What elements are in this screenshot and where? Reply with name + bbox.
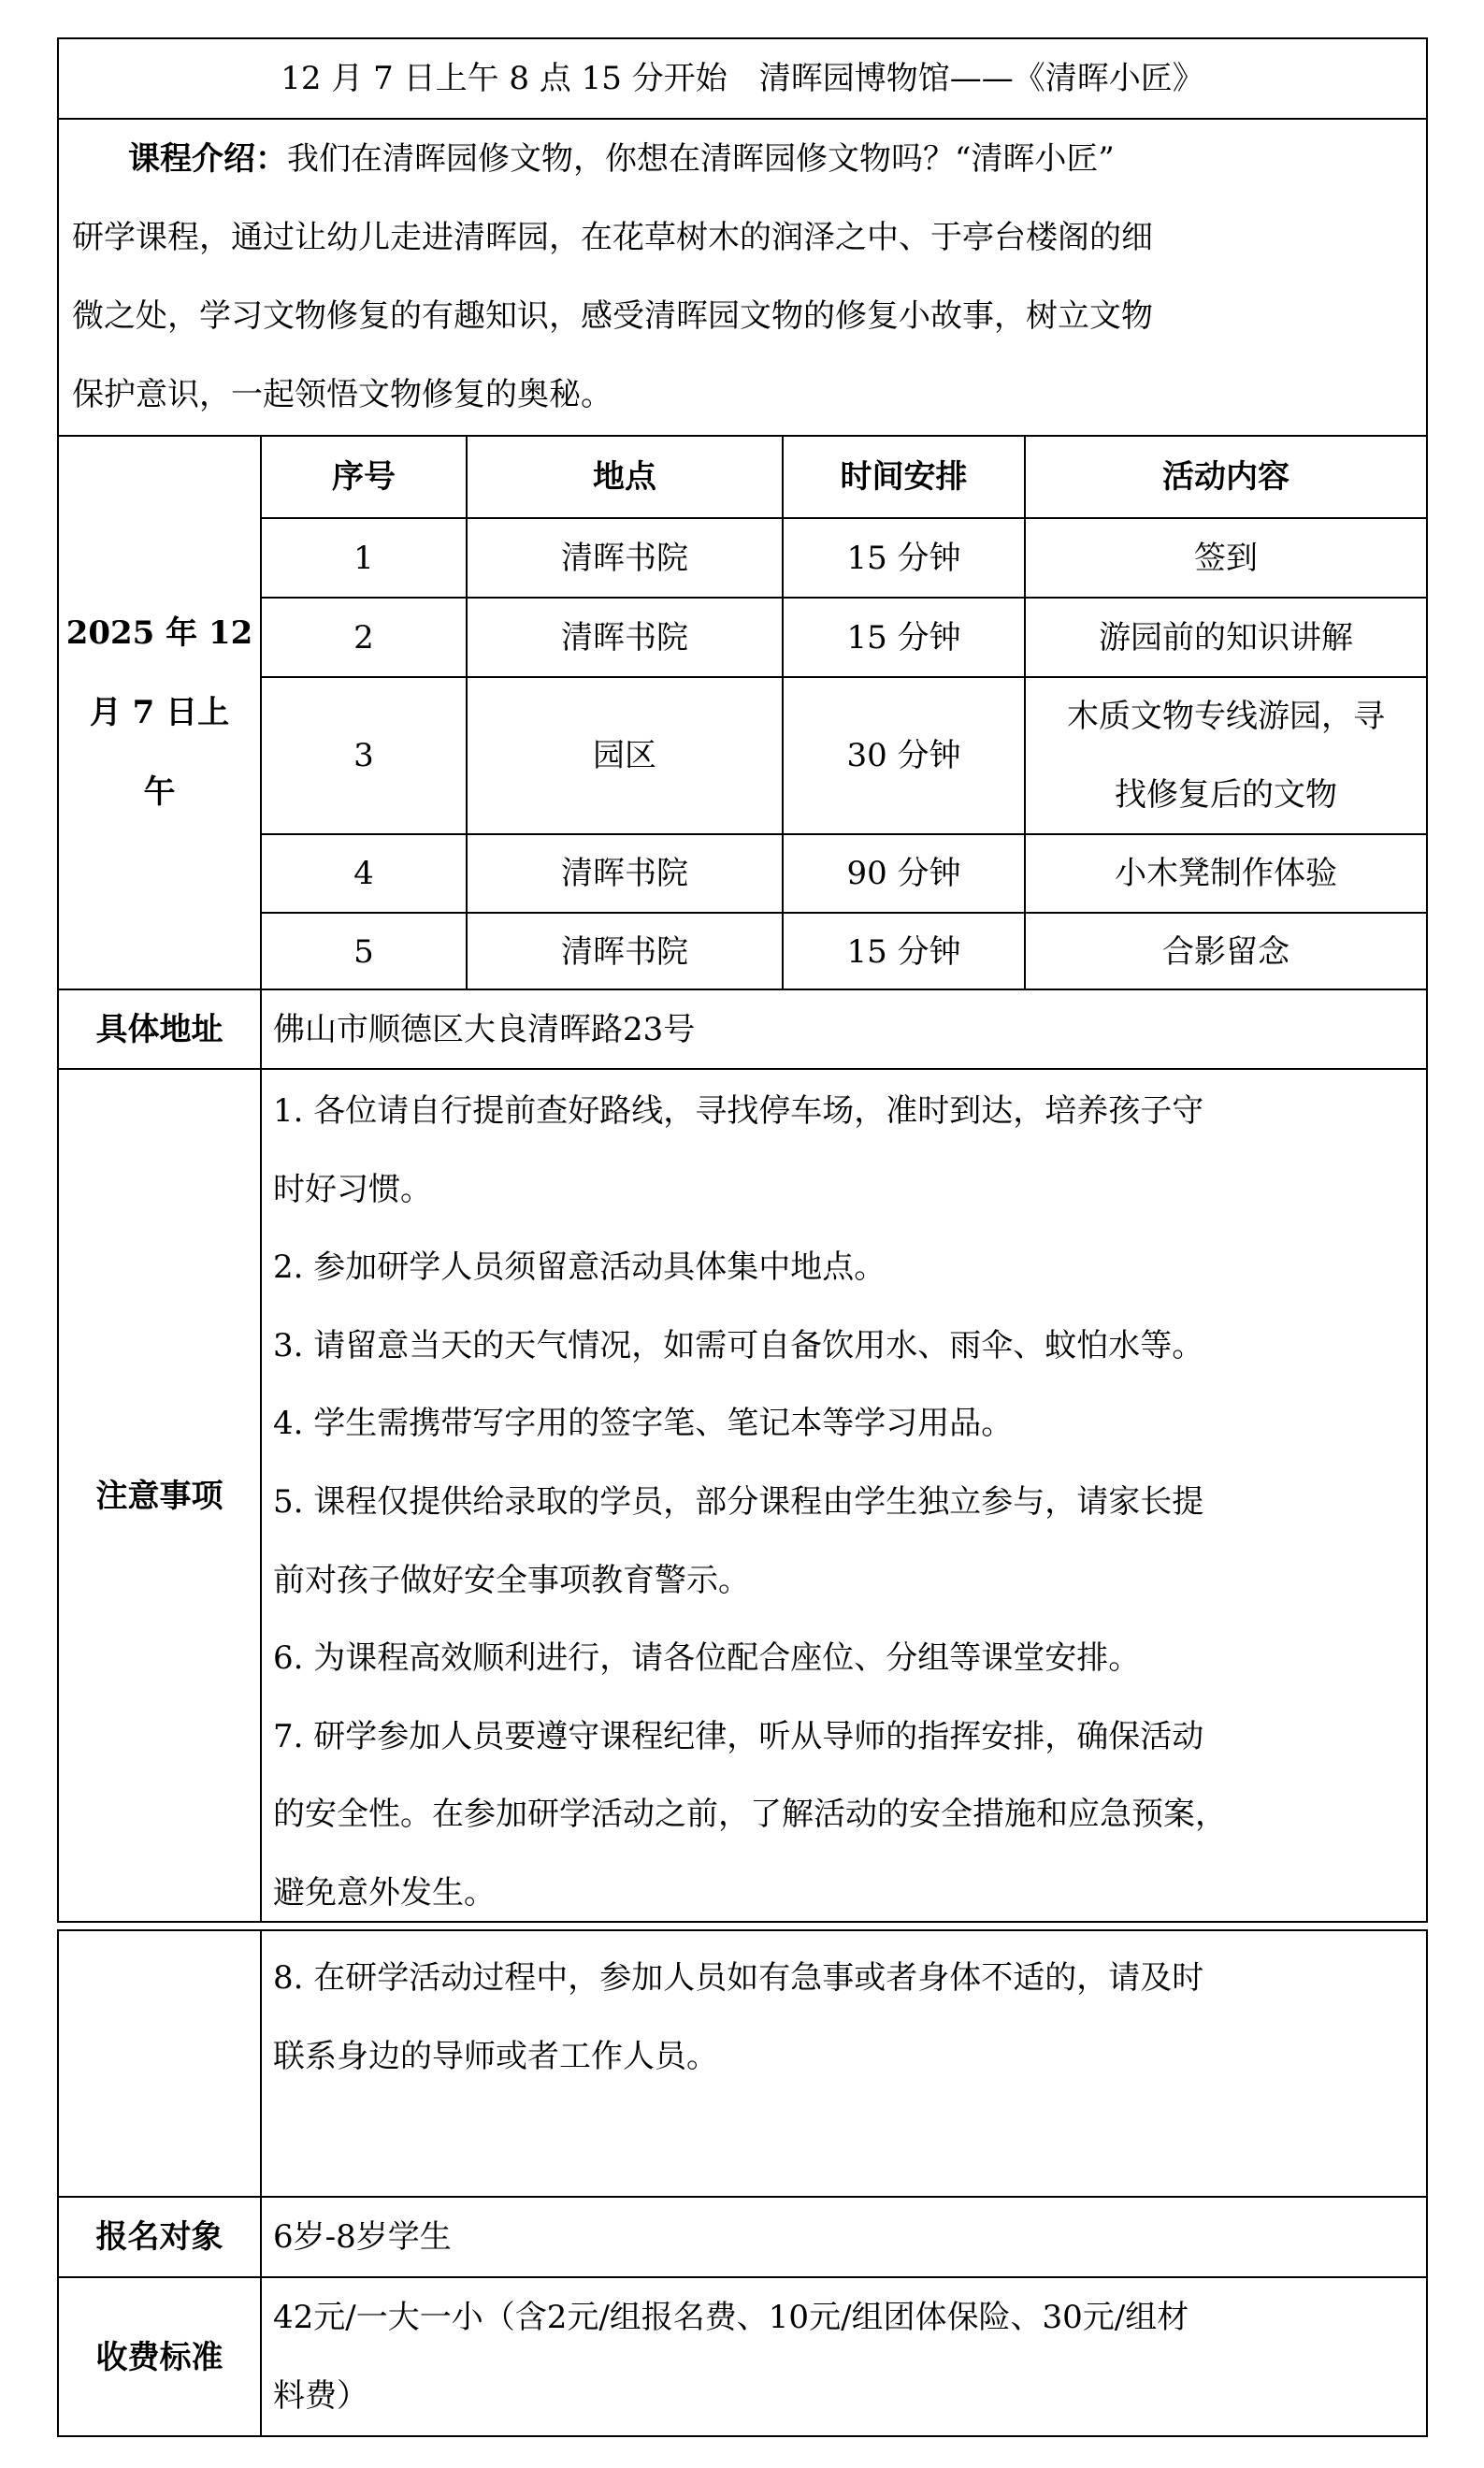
- row-no: 4: [262, 835, 466, 912]
- intro-row: 课程介绍：我们在清晖园修文物，你想在清晖园修文物吗？“清晖小匠” 研学课程，通过…: [59, 118, 1426, 435]
- row-no: 5: [262, 914, 466, 990]
- fee-label: 收费标准: [59, 2278, 260, 2437]
- row-activity: 小木凳制作体验: [1024, 835, 1426, 912]
- intro-label: 课程介绍：: [128, 140, 287, 178]
- row-no: 2: [262, 599, 466, 676]
- target-label: 报名对象: [59, 2198, 260, 2276]
- intro-line-2: 研学课程，通过让幼儿走进清晖园，在花草树木的润泽之中、于亭台楼阁的细: [72, 198, 1413, 277]
- note-line: 联系身边的导师或者工作人员。: [273, 2017, 1415, 2096]
- schedule-date: 2025 年 12 月 7 日上 午: [59, 437, 260, 989]
- note-line: 1. 各位请自行提前查好路线，寻找停车场，准时到达，培养孩子守: [273, 1073, 1415, 1151]
- note-line: 7. 研学参加人员要遵守课程纪律，听从导师的指挥安排，确保活动: [273, 1698, 1415, 1777]
- header-no: 序号: [262, 437, 466, 517]
- schedule-block: 2025 年 12 月 7 日上 午 序号 地点 时间安排 活动内容 1 清晖书…: [59, 435, 1426, 989]
- row-time: 15 分钟: [782, 599, 1024, 676]
- target-row: 报名对象 6岁-8岁学生: [59, 2196, 1426, 2276]
- note-line: 5. 课程仅提供给录取的学员，部分课程由学生独立参与，请家长提: [273, 1464, 1415, 1542]
- row-time: 90 分钟: [782, 835, 1024, 912]
- row-place: 清晖书院: [466, 599, 782, 676]
- notes-label: 注意事项: [59, 1070, 260, 1923]
- note-line: 2. 参加研学人员须留意活动具体集中地点。: [273, 1229, 1415, 1307]
- notes-continued-label: [59, 1931, 260, 2196]
- row-place: 园区: [466, 678, 782, 833]
- row-time: 15 分钟: [782, 519, 1024, 597]
- row-activity: 木质文物专线游园，寻 找修复后的文物: [1024, 678, 1426, 833]
- row-time: 15 分钟: [782, 914, 1024, 990]
- fee-row: 收费标准 42元/一大一小（含2元/组报名费、10元/组团体保险、30元/组材 …: [59, 2276, 1426, 2437]
- page-title: 12 月 7 日上午 8 点 15 分开始 清晖园博物馆——《清晖小匠》: [59, 39, 1426, 118]
- address-value: 佛山市顺德区大良清晖路23号: [260, 990, 1426, 1068]
- schedule-row: 3 园区 30 分钟 木质文物专线游园，寻 找修复后的文物: [262, 676, 1426, 833]
- course-table: 12 月 7 日上午 8 点 15 分开始 清晖园博物馆——《清晖小匠》 课程介…: [57, 37, 1428, 1923]
- fee-value: 42元/一大一小（含2元/组报名费、10元/组团体保险、30元/组材 料费）: [260, 2278, 1426, 2437]
- header-place: 地点: [466, 437, 782, 517]
- intro-line-4: 保护意识，一起领悟文物修复的奥秘。: [72, 355, 1413, 434]
- schedule-row: 1 清晖书院 15 分钟 签到: [262, 517, 1426, 597]
- intro-line-3: 微之处，学习文物修复的有趣知识，感受清晖园文物的修复小故事，树立文物: [72, 277, 1413, 355]
- note-line: 前对孩子做好安全事项教育警示。: [273, 1542, 1415, 1621]
- row-place: 清晖书院: [466, 914, 782, 990]
- schedule-header-row: 序号 地点 时间安排 活动内容: [262, 437, 1426, 517]
- note-line: 4. 学生需携带写字用的签字笔、笔记本等学习用品。: [273, 1385, 1415, 1464]
- row-place: 清晖书院: [466, 835, 782, 912]
- address-label: 具体地址: [59, 990, 260, 1068]
- row-activity: 签到: [1024, 519, 1426, 597]
- note-line: 时好习惯。: [273, 1151, 1415, 1230]
- row-no: 1: [262, 519, 466, 597]
- note-line: 避免意外发生。: [273, 1855, 1415, 1933]
- notes-row: 注意事项 1. 各位请自行提前查好路线，寻找停车场，准时到达，培养孩子守 时好习…: [59, 1068, 1426, 1923]
- header-activity: 活动内容: [1024, 437, 1426, 517]
- target-value: 6岁-8岁学生: [260, 2198, 1426, 2276]
- notes-continued-row: 8. 在研学活动过程中，参加人员如有急事或者身体不适的，请及时 联系身边的导师或…: [59, 1931, 1426, 2196]
- row-no: 3: [262, 678, 466, 833]
- note-line: 的安全性。在参加研学活动之前，了解活动的安全措施和应急预案，: [273, 1776, 1415, 1855]
- schedule-row: 5 清晖书院 15 分钟 合影留念: [262, 912, 1426, 990]
- row-activity: 合影留念: [1024, 914, 1426, 990]
- row-activity: 游园前的知识讲解: [1024, 599, 1426, 676]
- row-time: 30 分钟: [782, 678, 1024, 833]
- intro-paragraph: 课程介绍：我们在清晖园修文物，你想在清晖园修文物吗？“清晖小匠” 研学课程，通过…: [72, 120, 1413, 434]
- intro-line-1: 课程介绍：我们在清晖园修文物，你想在清晖园修文物吗？“清晖小匠”: [72, 120, 1413, 198]
- note-line: 3. 请留意当天的天气情况，如需可自备饮用水、雨伞、蚊怕水等。: [273, 1307, 1415, 1386]
- note-line: 6. 为课程高效顺利进行，请各位配合座位、分组等课堂安排。: [273, 1620, 1415, 1698]
- schedule-row: 2 清晖书院 15 分钟 游园前的知识讲解: [262, 597, 1426, 676]
- header-time: 时间安排: [782, 437, 1024, 517]
- schedule-row: 4 清晖书院 90 分钟 小木凳制作体验: [262, 833, 1426, 912]
- row-place: 清晖书院: [466, 519, 782, 597]
- notes-content: 1. 各位请自行提前查好路线，寻找停车场，准时到达，培养孩子守 时好习惯。 2.…: [260, 1070, 1426, 1923]
- schedule-grid: 序号 地点 时间安排 活动内容 1 清晖书院 15 分钟 签到 2 清晖书院 1…: [260, 437, 1426, 989]
- course-table-continued: 8. 在研学活动过程中，参加人员如有急事或者身体不适的，请及时 联系身边的导师或…: [57, 1929, 1428, 2437]
- title-row: 12 月 7 日上午 8 点 15 分开始 清晖园博物馆——《清晖小匠》: [59, 39, 1426, 118]
- address-row: 具体地址 佛山市顺德区大良清晖路23号: [59, 989, 1426, 1068]
- note-line: 8. 在研学活动过程中，参加人员如有急事或者身体不适的，请及时: [273, 1939, 1415, 2017]
- notes-continued-content: 8. 在研学活动过程中，参加人员如有急事或者身体不适的，请及时 联系身边的导师或…: [260, 1931, 1426, 2196]
